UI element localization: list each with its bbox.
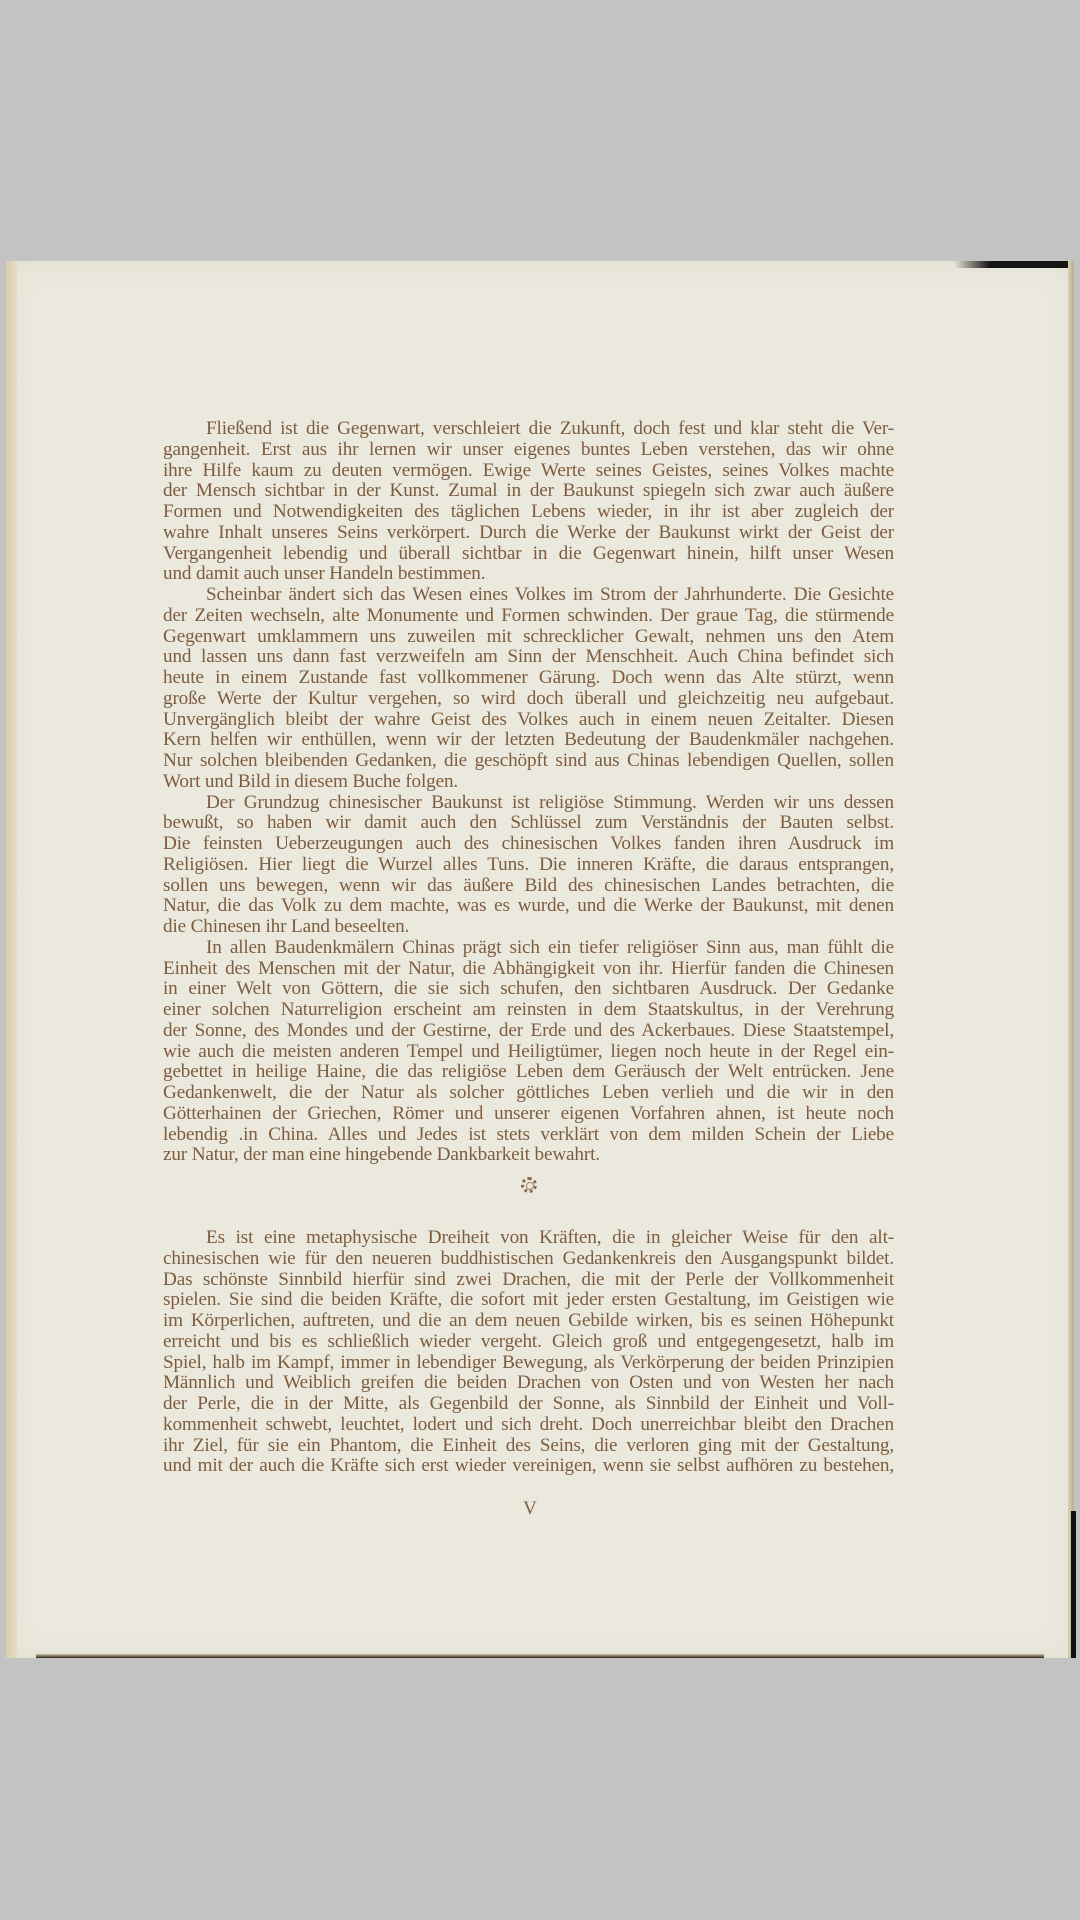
text-line: sollen uns bewegen, wenn wir das äußere … [163, 876, 894, 897]
text-line: Die feinsten Ueberzeugungen auch des chi… [163, 834, 894, 855]
text-line: zur Natur, der man eine hingebende Dankb… [163, 1145, 894, 1166]
text-line: bewußt, so haben wir damit auch den Schl… [163, 813, 894, 834]
text-line: chinesischen wie für den neueren buddhis… [163, 1249, 894, 1270]
text-line: Vergangenheit lebendig und überall sicht… [163, 544, 894, 565]
page-right-edge-shadow [1071, 1511, 1076, 1658]
paragraph-2: Scheinbar ändert sich das Wesen eines Vo… [163, 585, 894, 793]
paragraph-4: In allen Baudenkmälern Chinas prägt sich… [163, 938, 894, 1166]
text-line: lebendig .in China. Alles und Jedes ist … [163, 1125, 894, 1146]
text-line: im Körperlichen, auftreten, und die an d… [163, 1311, 894, 1332]
text-line: Männlich und Weiblich greifen die beiden… [163, 1373, 894, 1394]
ring-ornament-inner [526, 1182, 534, 1190]
text-line: Einheit des Menschen mit der Natur, die … [163, 959, 894, 980]
text-line: In allen Baudenkmälern Chinas prägt sich… [163, 938, 894, 959]
text-line: Fließend ist die Gegenwart, verschleiert… [163, 419, 894, 440]
page-number: V [518, 1498, 542, 1520]
text-line: Unvergänglich bleibt der wahre Geist des… [163, 710, 894, 731]
text-line: wie auch die meisten anderen Tempel und … [163, 1042, 894, 1063]
text-line: der Perle, die in der Mitte, als Gegenbi… [163, 1394, 894, 1415]
text-line: gangenheit. Erst aus ihr lernen wir unse… [163, 440, 894, 461]
text-line: große Werte der Kultur vergehen, so wird… [163, 689, 894, 710]
text-line: ihre Hilfe kaum zu deuten vermögen. Ewig… [163, 461, 894, 482]
text-line: einer solchen Naturreligion erscheint am… [163, 1000, 894, 1021]
text-line: spielen. Sie sind die beiden Kräfte, die… [163, 1290, 894, 1311]
text-line: kommenheit schwebt, leuchtet, lodert und… [163, 1415, 894, 1436]
text-line: Wort und Bild in diesem Buche folgen. [163, 772, 894, 793]
page-top-shadow [954, 261, 1074, 268]
paragraph-5: Es ist eine metaphysische Dreiheit von K… [163, 1228, 894, 1477]
paragraph-1: Fließend ist die Gegenwart, verschleiert… [163, 419, 894, 585]
text-line: Kern helfen wir enthüllen, wenn wir der … [163, 730, 894, 751]
ring-ornament-icon [521, 1177, 537, 1193]
text-line: der Mensch sichtbar in der Kunst. Zumal … [163, 481, 894, 502]
text-line: Formen und Notwendigkeiten des täglichen… [163, 502, 894, 523]
text-line: gebettet in heilige Haine, die das relig… [163, 1062, 894, 1083]
text-line: Religiösen. Hier liegt die Wurzel alles … [163, 855, 894, 876]
page-bottom-edge [36, 1654, 1044, 1658]
text-line: Gedankenwelt, die der Natur als solcher … [163, 1083, 894, 1104]
text-line: Der Grundzug chinesischer Baukunst ist r… [163, 793, 894, 814]
page-right-edge [1068, 261, 1074, 1658]
book-page: Fließend ist die Gegenwart, verschleiert… [6, 261, 1074, 1658]
text-line: Scheinbar ändert sich das Wesen eines Vo… [163, 585, 894, 606]
text-line: erreicht und bis es schließlich wieder v… [163, 1332, 894, 1353]
paragraph-3: Der Grundzug chinesischer Baukunst ist r… [163, 793, 894, 938]
text-line: Es ist eine metaphysische Dreiheit von K… [163, 1228, 894, 1249]
page-left-edge [6, 261, 17, 1658]
section-divider [163, 1166, 894, 1228]
text-line: und damit auch unser Handeln bestimmen. [163, 564, 894, 585]
text-line: der Sonne, des Mondes und der Gestirne, … [163, 1021, 894, 1042]
text-line: der Zeiten wechseln, alte Monumente und … [163, 606, 894, 627]
text-line: Götterhainen der Griechen, Römer und uns… [163, 1104, 894, 1125]
text-line: Nur solchen bleibenden Gedanken, die ges… [163, 751, 894, 772]
text-line: Spiel, halb im Kampf, immer in lebendige… [163, 1353, 894, 1374]
text-line: Natur, die das Volk zu dem machte, was e… [163, 896, 894, 917]
text-line: und lassen uns dann fast verzweifeln am … [163, 647, 894, 668]
text-column: Fließend ist die Gegenwart, verschleiert… [163, 419, 894, 1477]
text-line: wahre Inhalt unseres Seins verkörpert. D… [163, 523, 894, 544]
text-line: die Chinesen ihr Land beseelten. [163, 917, 894, 938]
text-line: in einer Welt von Göttern, die sie sich … [163, 979, 894, 1000]
text-line: Gegenwart umklammern uns zuweilen mit sc… [163, 627, 894, 648]
text-line: heute in einem Zustande fast vollkommene… [163, 668, 894, 689]
text-line: Das schönste Sinnbild hierfür sind zwei … [163, 1270, 894, 1291]
text-line: ihr Ziel, für sie ein Phantom, die Einhe… [163, 1436, 894, 1457]
text-line: und mit der auch die Kräfte sich erst wi… [163, 1456, 894, 1477]
